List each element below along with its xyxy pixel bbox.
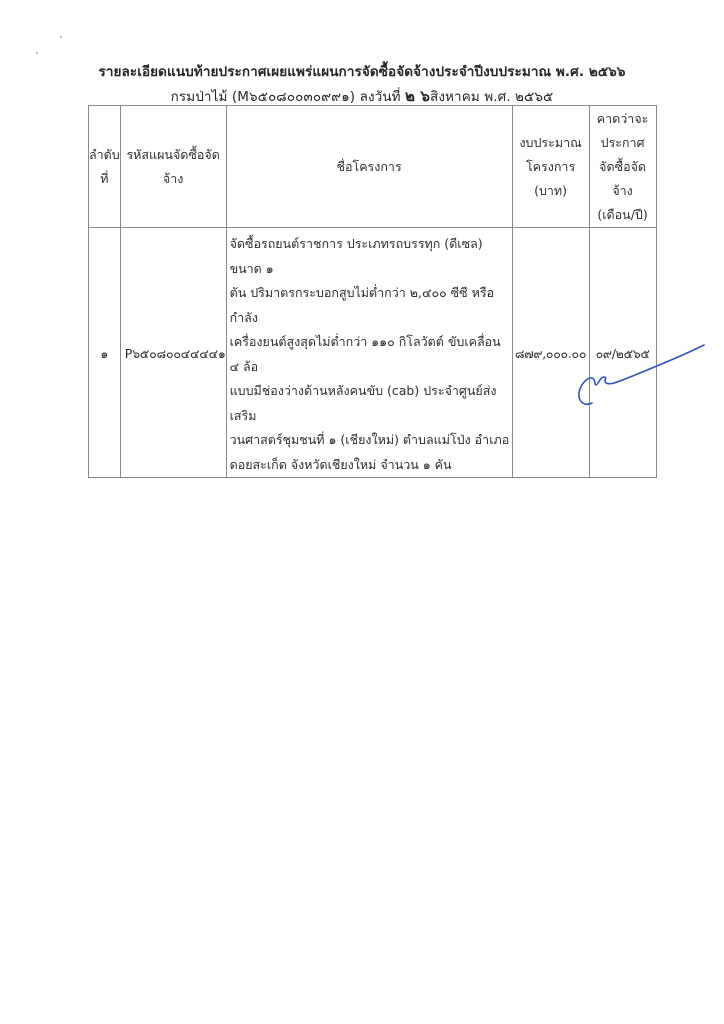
header-plan-code: รหัสแผนจัดซื้อจัด จ้าง [120,106,226,228]
signature [570,335,710,415]
row-plan-code: P๖๕๐๘๐๐๔๔๔๔๑ [120,228,226,478]
name-line: แบบมีช่องว่างด้านหลังคนขับ (cab) ประจำศู… [230,379,510,428]
subtitle-prefix: กรมป่าไม้ (M๖๕๐๘๐๐๓๐๙๙๑) ลงวันที่ [171,89,405,105]
scan-speck [36,52,38,54]
scan-speck [60,36,62,38]
header-line: (บาท) [513,179,589,203]
header-line: คาดว่าจะ [590,107,656,131]
header-line: งบประมาณ [513,131,589,155]
header-line: (เดือน/ปี) [590,203,656,227]
header-line: จ้าง [121,167,226,191]
header-line: โครงการ [513,155,589,179]
header-no: ลำดับ ที่ [89,106,121,228]
header-line: ประกาศ [590,131,656,155]
name-line: ดอยสะเก็ด จังหวัดเชียงใหม่ จำนวน ๑ คัน [230,453,510,478]
name-line: จัดซื้อรถยนต์ราชการ ประเภทรถบรรทุก (ดีเซ… [230,232,510,281]
header-budget: งบประมาณ โครงการ (บาท) [512,106,589,228]
header-expected-date: คาดว่าจะ ประกาศ จัดซื้อจัด จ้าง (เดือน/ป… [589,106,656,228]
subtitle-suffix: สิงหาคม พ.ศ. ๒๕๖๕ [430,89,553,105]
name-line: ตัน ปริมาตรกระบอกสูบไม่ต่ำกว่า ๒,๔๐๐ ซีซ… [230,281,510,330]
header-line: จัดซื้อจัด [590,155,656,179]
header-line: รหัสแผนจัดซื้อจัด [121,143,226,167]
name-line: วนศาสตร์ชุมชนที่ ๑ (เชียงใหม่) ตำบลแม่โป… [230,428,510,453]
table-header-row: ลำดับ ที่ รหัสแผนจัดซื้อจัด จ้าง ชื่อโคร… [89,106,657,228]
header-line: ชื่อโครงการ [227,155,512,179]
row-project-name: จัดซื้อรถยนต์ราชการ ประเภทรถบรรทุก (ดีเซ… [226,228,512,478]
name-line: เครื่องยนต์สูงสุดไม่ต่ำกว่า ๑๑๐ กิโลวัตต… [230,330,510,379]
header-project-name: ชื่อโครงการ [226,106,512,228]
header-line: ลำดับ [89,143,120,167]
header-line: จ้าง [590,179,656,203]
header-line: ที่ [89,167,120,191]
subtitle-day: ๒ ๖ [405,87,430,105]
row-no: ๑ [89,228,121,478]
procurement-plan-table: ลำดับ ที่ รหัสแผนจัดซื้อจัด จ้าง ชื่อโคร… [88,105,657,478]
document-title: รายละเอียดแนบท้ายประกาศเผยแพร่แผนการจัดซ… [0,60,724,82]
